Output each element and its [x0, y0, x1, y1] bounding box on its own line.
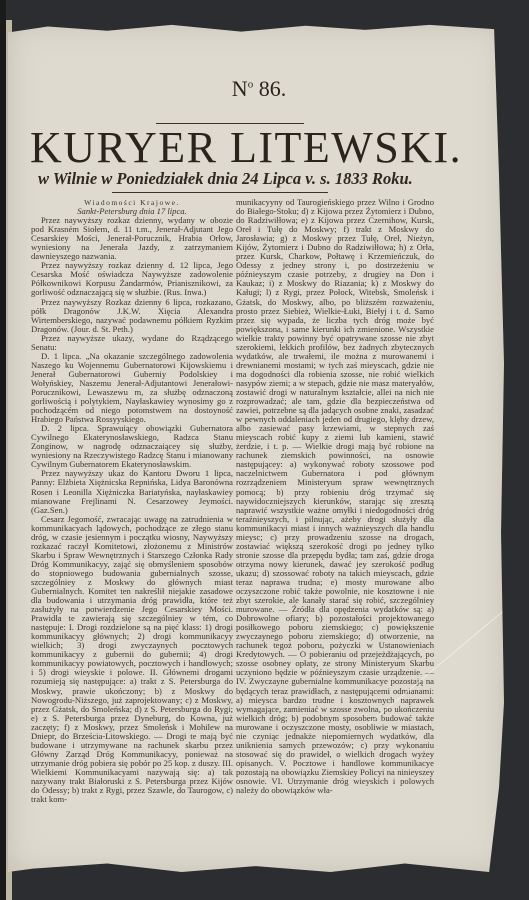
- right-column: munikacyyny od Taurogieńskiego przez Wil…: [236, 198, 434, 795]
- newspaper-title: KURYER LITEWSKI.: [30, 122, 430, 173]
- article-paragraph: Cesarz Jegomość, zwracając uwagę na zatr…: [31, 515, 233, 805]
- issue-number-suffix: o: [248, 79, 254, 91]
- article-paragraph: Przez naywyższe ukazy, wydane do Rządząc…: [31, 334, 233, 352]
- issue-number-value: 86.: [259, 76, 287, 101]
- article-paragraph: D. 2 lipca. Sprawuiący obowiązki Guberna…: [31, 424, 233, 469]
- left-column: Wiadomości Krajowe. Sankt-Petersburg dni…: [31, 198, 233, 804]
- article-paragraph: munikacyyny od Taurogieńskiego przez Wil…: [236, 198, 434, 795]
- newspaper-page: No 86. KURYER LITEWSKI. w Wilnie w Ponie…: [8, 24, 504, 872]
- article-paragraph: D. 1 lipca. „Na okazanie szczególnego za…: [31, 352, 233, 424]
- article-paragraph: Przez naywyższy rozkaz dzienny d. 12 lip…: [31, 261, 233, 297]
- issue-number-prefix: N: [232, 76, 248, 101]
- issue-number: No 86.: [8, 76, 504, 102]
- article-paragraph: Przez naywyższy Rozkaz dzienny 6 lipca, …: [31, 298, 233, 334]
- article-paragraph: Przez naywyższy rozkaz dzienny, wydany w…: [31, 216, 233, 261]
- dateline: w Wilnie w Poniedziałek dnia 24 Lipca v.…: [38, 169, 413, 189]
- article-paragraph: Przez naywyższy ukaz do Kantoru Dworu 1 …: [31, 469, 233, 514]
- header-rule-bottom: [112, 192, 328, 193]
